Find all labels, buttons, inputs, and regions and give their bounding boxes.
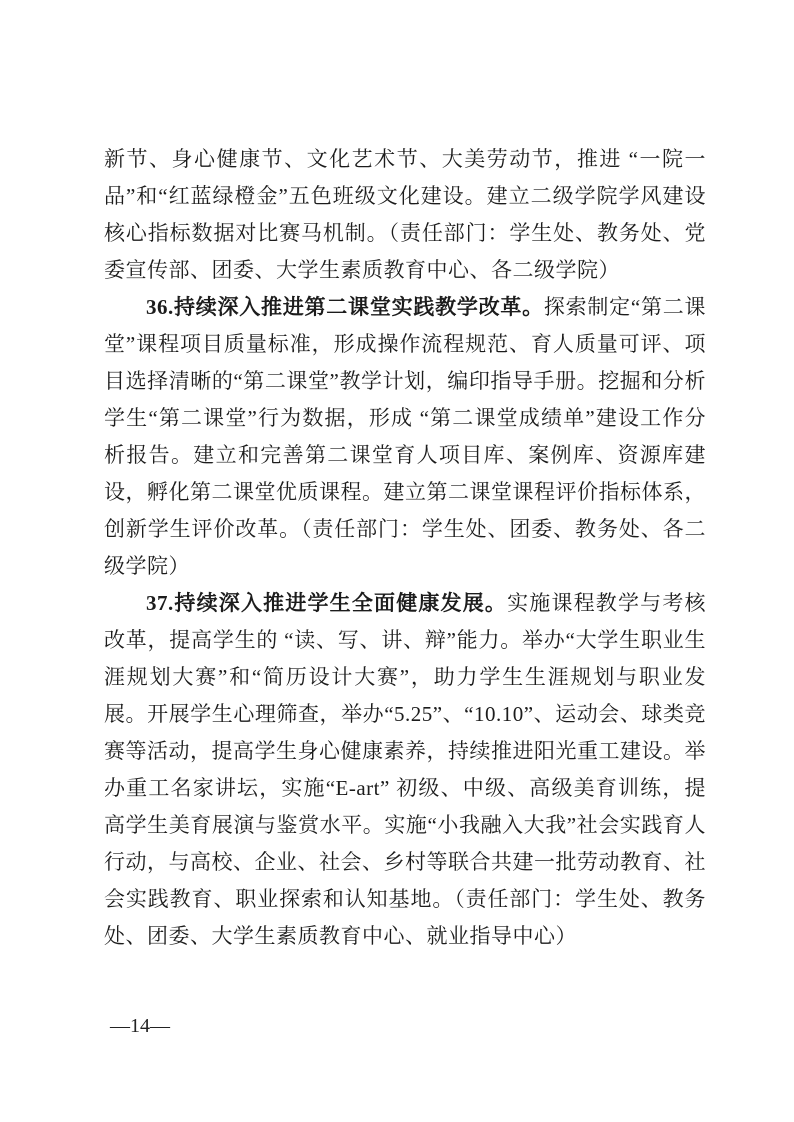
page-number: —14— bbox=[110, 1012, 170, 1040]
paragraph-lead: 36.持续深入推进第二课堂实践教学改革。 bbox=[146, 295, 544, 319]
document-body: 新节、身心健康节、文化艺术节、大美劳动节，推进 “一院一品”和“红蓝绿橙金”五色… bbox=[104, 141, 706, 955]
paragraph-item-37: 37.持续深入推进学生全面健康发展。实施课程教学与考核改革，提高学生的 “读、写… bbox=[104, 585, 706, 955]
paragraph-body: 探索制定“第二课堂”课程项目质量标准，形成操作流程规范、育人质量可评、项目选择清… bbox=[104, 295, 706, 578]
paragraph-item-36: 36.持续深入推进第二课堂实践教学改革。探索制定“第二课堂”课程项目质量标准，形… bbox=[104, 289, 706, 585]
paragraph-body: 新节、身心健康节、文化艺术节、大美劳动节，推进 “一院一品”和“红蓝绿橙金”五色… bbox=[104, 147, 706, 282]
paragraph-lead: 37.持续深入推进学生全面健康发展。 bbox=[146, 591, 507, 615]
paragraph-body: 实施课程教学与考核改革，提高学生的 “读、写、讲、辩”能力。举办“大学生职业生涯… bbox=[104, 591, 706, 948]
document-page: 新节、身心健康节、文化艺术节、大美劳动节，推进 “一院一品”和“红蓝绿橙金”五色… bbox=[0, 0, 794, 1122]
paragraph-continuation: 新节、身心健康节、文化艺术节、大美劳动节，推进 “一院一品”和“红蓝绿橙金”五色… bbox=[104, 141, 706, 289]
